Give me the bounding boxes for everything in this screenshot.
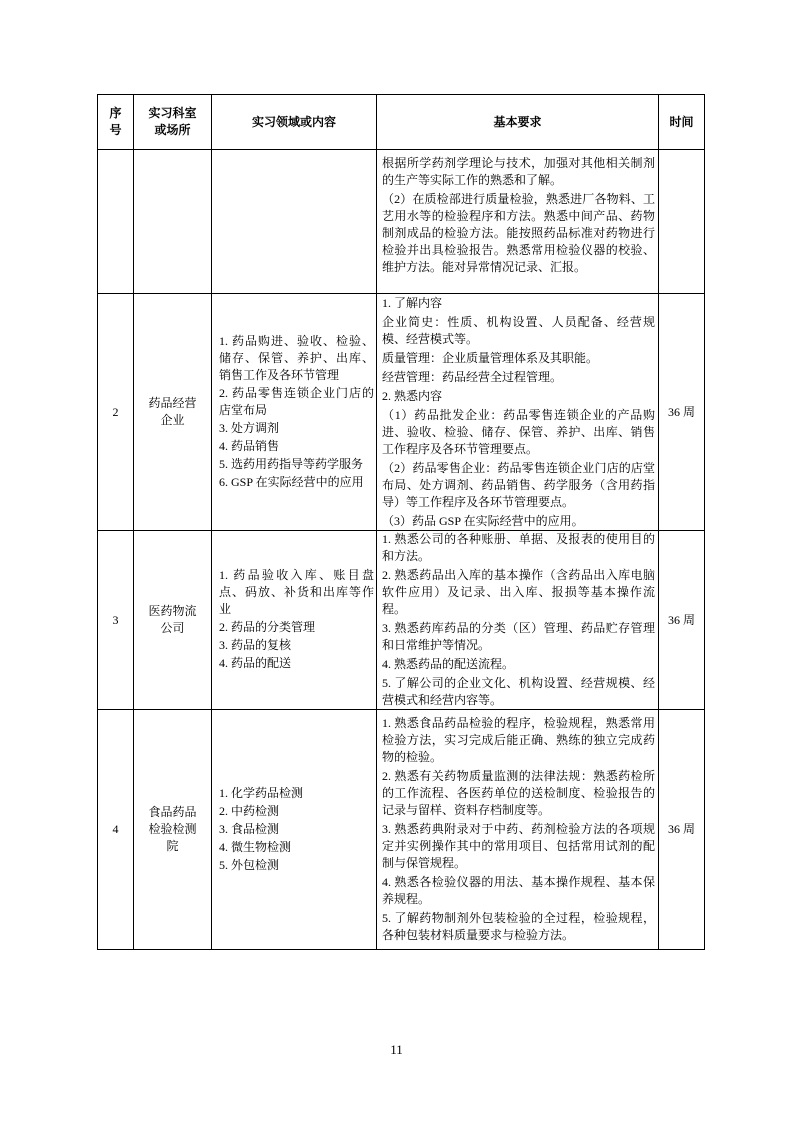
table-header-row: 序号 实习科室或场所 实习领域或内容 基本要求 时间 [98,95,705,150]
seq-cell: 2 [98,294,134,531]
table-row-3: 3 医药物流公司 1. 药品验收入库、账目盘点、码放、补货和出库等作业 2. 药… [98,531,705,710]
place-cell [134,150,212,294]
requirement-paragraph: （2）药品零售企业：药品零售连锁企业门店的店堂布局、处方调剂、药品销售、药学服务… [382,460,655,511]
requirement-paragraph: 3. 熟悉药库药品的分类（区）管理、药品贮存管理和日常维护等情况。 [382,620,655,654]
field-item: 6. GSP 在实际经营中的应用 [219,474,374,491]
duration-cell: 36 周 [659,294,705,531]
duration-cell: 36 周 [659,531,705,710]
fields-cell: 1. 药品验收入库、账目盘点、码放、补货和出库等作业 2. 药品的分类管理 3.… [212,531,377,710]
requirement-paragraph: 企业简史：性质、机构设置、人员配备、经营规模、经营模式等。 [382,314,655,348]
place-cell: 食品药品检验检测院 [134,710,212,950]
requirement-paragraph: 根据所学药剂学理论与技术，加强对其他相关制剂的生产等实际工作的熟悉和了解。 [382,155,655,189]
requirements-cell: 1. 熟悉公司的各种账册、单据、及报表的使用目的和方法。 2. 熟悉药品出入库的… [377,531,659,710]
field-item: 3. 药品的复核 [219,637,374,654]
requirement-paragraph: （2）在质检部进行质量检验，熟悉进厂各物料、工艺用水等的检验程序和方法。熟悉中间… [382,191,655,276]
fields-cell [212,150,377,294]
requirement-paragraph: 4. 熟悉各检验仪器的用法、基本操作规程、基本保养规程。 [382,874,655,908]
column-header-field: 实习领域或内容 [212,95,377,150]
field-item: 3. 处方调剂 [219,420,374,437]
seq-cell: 3 [98,531,134,710]
field-item: 4. 药品的配送 [219,655,374,672]
table-row-continuation: 根据所学药剂学理论与技术，加强对其他相关制剂的生产等实际工作的熟悉和了解。 （2… [98,150,705,294]
requirement-paragraph: 2. 熟悉有关药物质量监测的法律法规：熟悉药检所的工作流程、各医药单位的送检制度… [382,768,655,819]
field-item: 5. 选药用药指导等药学服务 [219,456,374,473]
duration-cell: 36 周 [659,710,705,950]
requirement-paragraph: 5. 了解药物制剂外包装检验的全过程，检验规程，各种包装材料质量要求与检验方法。 [382,910,655,944]
field-item: 1. 药品验收入库、账目盘点、码放、补货和出库等作业 [219,567,374,618]
requirement-paragraph: 4. 熟悉药品的配送流程。 [382,656,655,673]
requirement-paragraph: 1. 熟悉食品药品检验的程序，检验规程，熟悉常用检验方法，实习完成后能正确、熟练… [382,715,655,766]
requirement-paragraph: （3）药品 GSP 在实际经营中的应用。 [382,513,655,530]
field-item: 2. 药品零售连锁企业门店的店堂布局 [219,385,374,419]
requirement-paragraph: 2. 熟悉药品出入库的基本操作（含药品出入库电脑软件应用）及记录、出入库、报损等… [382,567,655,618]
requirement-paragraph: 2. 熟悉内容 [382,388,655,405]
place-cell: 医药物流公司 [134,531,212,710]
requirements-cell: 1. 熟悉食品药品检验的程序，检验规程，熟悉常用检验方法，实习完成后能正确、熟练… [377,710,659,950]
fields-cell: 1. 药品购进、验收、检验、储存、保管、养护、出库、销售工作及各环节管理 2. … [212,294,377,531]
field-item: 1. 化学药品检测 [219,785,374,802]
place-cell: 药品经营企业 [134,294,212,531]
field-item: 1. 药品购进、验收、检验、储存、保管、养护、出库、销售工作及各环节管理 [219,333,374,384]
table-row-4: 4 食品药品检验检测院 1. 化学药品检测 2. 中药检测 3. 食品检测 4.… [98,710,705,950]
requirement-paragraph: 1. 了解内容 [382,295,655,312]
requirements-cell: 1. 了解内容 企业简史：性质、机构设置、人员配备、经营规模、经营模式等。 质量… [377,294,659,531]
page-number: 11 [0,1042,793,1058]
column-header-duration: 时间 [659,95,705,150]
field-item: 4. 药品销售 [219,438,374,455]
internship-plan-table: 序号 实习科室或场所 实习领域或内容 基本要求 时间 根据所学药剂学理论与技术，… [97,94,705,950]
field-item: 5. 外包检测 [219,857,374,874]
requirement-paragraph: （1）药品批发企业：药品零售连锁企业的产品购进、验收、检验、储存、保管、养护、出… [382,407,655,458]
field-item: 4. 微生物检测 [219,839,374,856]
seq-cell: 4 [98,710,134,950]
column-header-place: 实习科室或场所 [134,95,212,150]
document-page: 序号 实习科室或场所 实习领域或内容 基本要求 时间 根据所学药剂学理论与技术，… [0,0,793,1122]
field-item: 3. 食品检测 [219,821,374,838]
requirement-paragraph: 1. 熟悉公司的各种账册、单据、及报表的使用目的和方法。 [382,531,655,565]
field-item: 2. 药品的分类管理 [219,619,374,636]
table-row-2: 2 药品经营企业 1. 药品购进、验收、检验、储存、保管、养护、出库、销售工作及… [98,294,705,531]
column-header-seq: 序号 [98,95,134,150]
column-header-requirements: 基本要求 [377,95,659,150]
requirement-paragraph: 经营管理：药品经营全过程管理。 [382,369,655,386]
field-item: 2. 中药检测 [219,803,374,820]
requirement-paragraph: 质量管理：企业质量管理体系及其职能。 [382,350,655,367]
requirements-cell: 根据所学药剂学理论与技术，加强对其他相关制剂的生产等实际工作的熟悉和了解。 （2… [377,150,659,294]
seq-cell [98,150,134,294]
fields-cell: 1. 化学药品检测 2. 中药检测 3. 食品检测 4. 微生物检测 5. 外包… [212,710,377,950]
requirement-paragraph: 3. 熟悉药典附录对于中药、药剂检验方法的各项规定并实例操作其中的常用项目、包括… [382,821,655,872]
requirement-paragraph: 5. 了解公司的企业文化、机构设置、经营规模、经营模式和经营内容等。 [382,675,655,709]
duration-cell [659,150,705,294]
